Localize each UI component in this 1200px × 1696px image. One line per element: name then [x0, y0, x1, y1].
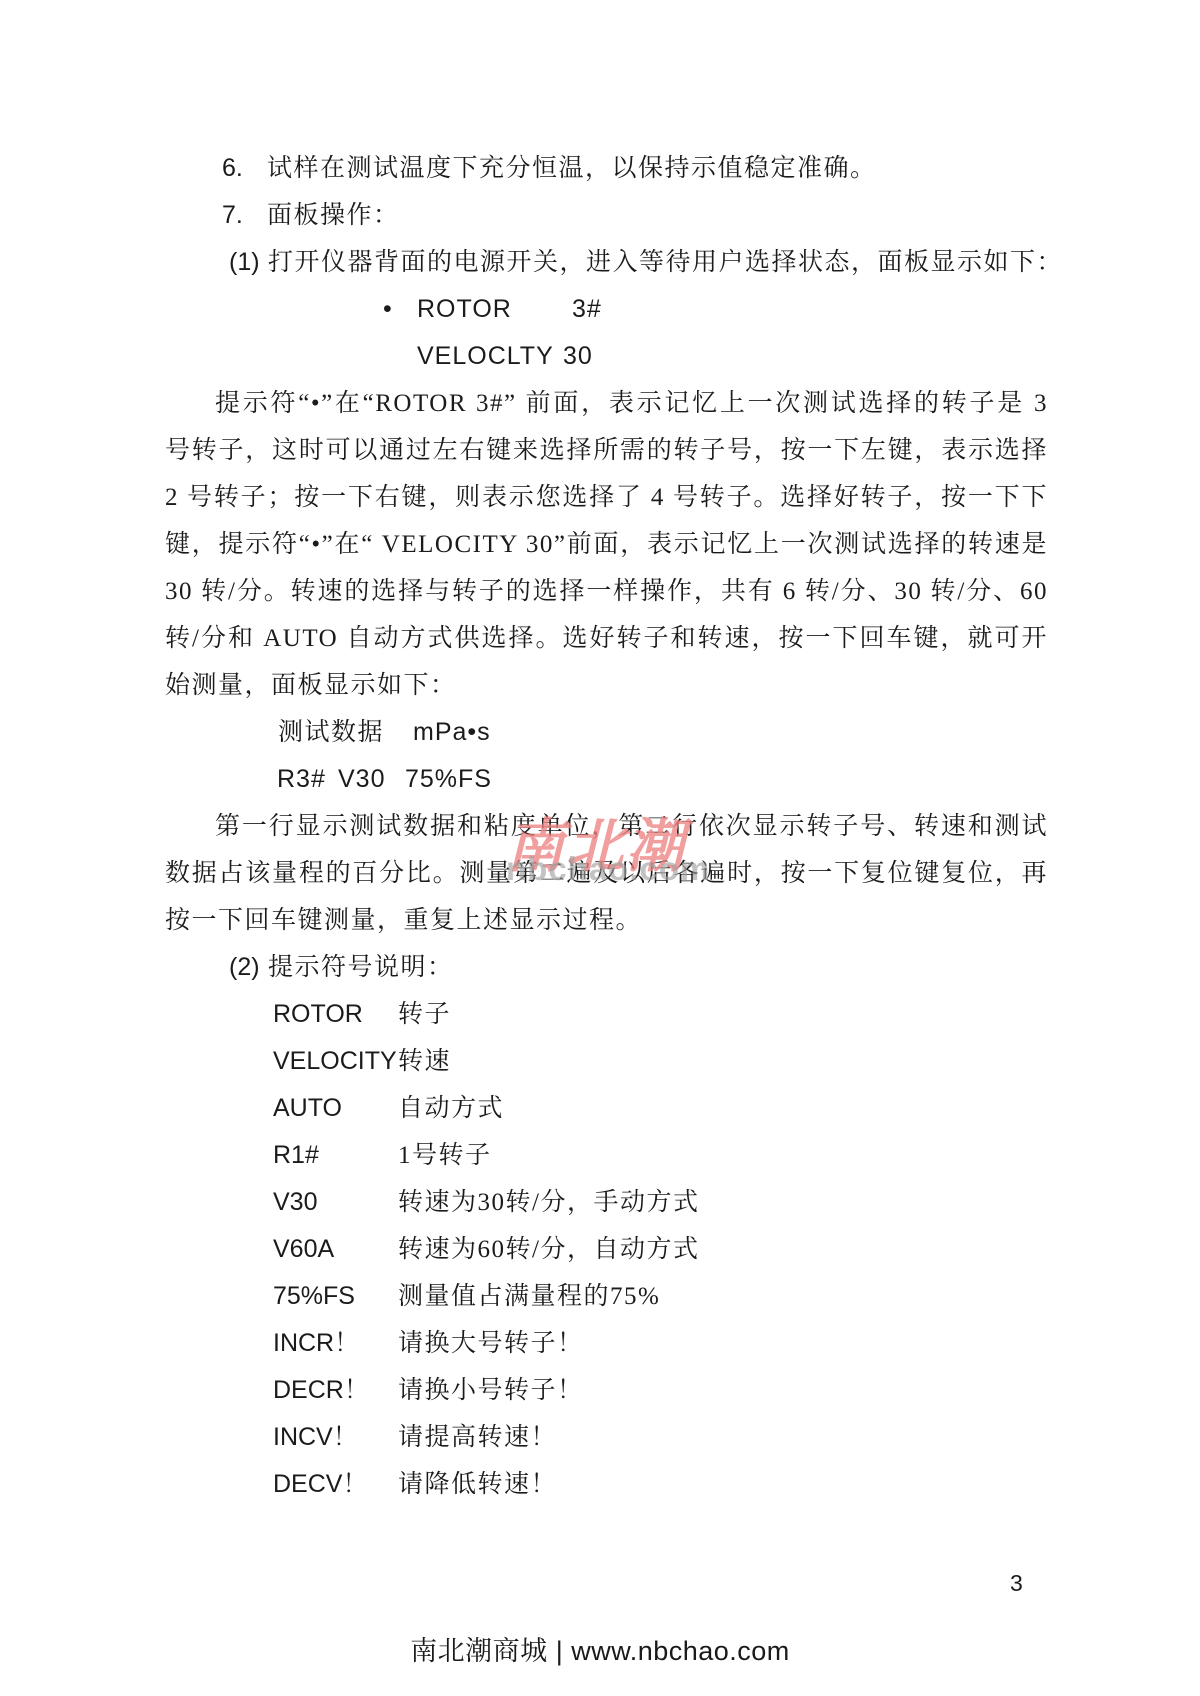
glossary-definition: 请提高转速！	[398, 1424, 557, 1451]
glossary-definition: 请降低转速！	[398, 1471, 557, 1498]
glossary-term: DECV！	[273, 1461, 398, 1508]
panel-data-line: 测试数据mPa•s	[165, 709, 1048, 756]
cursor-dot-icon: •	[383, 286, 417, 333]
glossary-term: INCV！	[273, 1414, 398, 1461]
glossary-definition: 转速为60转/分，自动方式	[398, 1236, 699, 1263]
glossary-term: DECR！	[273, 1367, 398, 1414]
panel-rotor-label: ROTOR	[417, 286, 572, 333]
glossary-definition: 1号转子	[398, 1142, 492, 1169]
glossary-row: V60A转速为60转/分，自动方式	[165, 1226, 1048, 1273]
glossary-definition: 自动方式	[398, 1095, 504, 1122]
glossary-definition: 转速为30转/分，手动方式	[398, 1189, 699, 1216]
glossary-row: V30转速为30转/分，手动方式	[165, 1179, 1048, 1226]
glossary-row: INCV！请提高转速！	[165, 1414, 1048, 1461]
item-number: 7.	[222, 192, 267, 239]
glossary-definition: 转速	[398, 1048, 451, 1075]
panel-velocity-value: 30	[563, 342, 593, 370]
panel-rotor-code: R3#	[277, 756, 338, 803]
panel-data-label: 测试数据	[278, 709, 413, 756]
list-item-6: 6.试样在测试温度下充分恒温，以保持示值稳定准确。	[165, 145, 1048, 192]
step-number: (1)	[229, 239, 268, 286]
panel-display-line-velocity: VELOCLTY30	[165, 333, 1048, 380]
glossary-term: AUTO	[273, 1085, 398, 1132]
paragraph-rotor-selection: 提示符“•”在“ROTOR 3#” 前面，表示记忆上一次测试选择的转子是 3 号…	[165, 380, 1048, 709]
glossary-definition: 测量值占满量程的75%	[398, 1283, 660, 1310]
glossary-term: VELOCITY	[273, 1038, 398, 1085]
glossary-row: ROTOR转子	[165, 991, 1048, 1038]
step-number: (2)	[229, 944, 268, 991]
glossary-term: 75%FS	[273, 1273, 398, 1320]
panel-display-2: 测试数据mPa•s R3#V3075%FS	[165, 709, 1048, 803]
glossary-term: V60A	[273, 1226, 398, 1273]
list-item-7: 7.面板操作：	[165, 192, 1048, 239]
glossary-term: R1#	[273, 1132, 398, 1179]
step-2: (2)提示符号说明：	[165, 944, 1048, 991]
glossary-row: INCR！请换大号转子！	[165, 1320, 1048, 1367]
panel-rotor-value: 3#	[572, 295, 602, 323]
glossary-row: 75%FS测量值占满量程的75%	[165, 1273, 1048, 1320]
item-text: 试样在测试温度下充分恒温，以保持示值稳定准确。	[267, 155, 877, 182]
panel-display-line-rotor: •ROTOR3#	[165, 286, 1048, 333]
glossary-row: DECR！请换小号转子！	[165, 1367, 1048, 1414]
section-top: 6.试样在测试温度下充分恒温，以保持示值稳定准确。 7.面板操作： (1)打开仪…	[165, 145, 1048, 380]
item-text: 面板操作：	[267, 202, 400, 229]
symbol-glossary: ROTOR转子 VELOCITY转速 AUTO自动方式 R1#1号转子 V30转…	[165, 991, 1048, 1508]
item-number: 6.	[222, 145, 267, 192]
glossary-row: AUTO自动方式	[165, 1085, 1048, 1132]
glossary-row: DECV！请降低转速！	[165, 1461, 1048, 1508]
panel-velocity-code: V30	[338, 756, 405, 803]
glossary-definition: 请换小号转子！	[398, 1377, 584, 1404]
glossary-term: ROTOR	[273, 991, 398, 1038]
page-number: 3	[1010, 1568, 1023, 1598]
panel-data-unit: mPa•s	[413, 718, 491, 746]
panel-velocity-label: VELOCLTY	[417, 333, 563, 380]
glossary-term: INCR！	[273, 1320, 398, 1367]
paragraph-display-explanation: 第一行显示测试数据和粘度单位，第二行依次显示转子号、转速和测试数据占该量程的百分…	[165, 803, 1048, 944]
glossary-row: VELOCITY转速	[165, 1038, 1048, 1085]
glossary-definition: 转子	[398, 1001, 451, 1028]
panel-status-line: R3#V3075%FS	[165, 756, 1048, 803]
manual-page: 6.试样在测试温度下充分恒温，以保持示值稳定准确。 7.面板操作： (1)打开仪…	[0, 0, 1200, 1696]
glossary-row: R1#1号转子	[165, 1132, 1048, 1179]
panel-fullscale-percent: 75%FS	[405, 765, 492, 793]
glossary-definition: 请换大号转子！	[398, 1330, 584, 1357]
footer-site-line: 南北潮商城 | www.nbchao.com	[0, 1634, 1200, 1668]
step-1: (1)打开仪器背面的电源开关，进入等待用户选择状态，面板显示如下：	[165, 239, 1048, 286]
step-text: 打开仪器背面的电源开关，进入等待用户选择状态，面板显示如下：	[268, 249, 1063, 276]
step-text: 提示符号说明：	[268, 954, 454, 981]
glossary-term: V30	[273, 1179, 398, 1226]
